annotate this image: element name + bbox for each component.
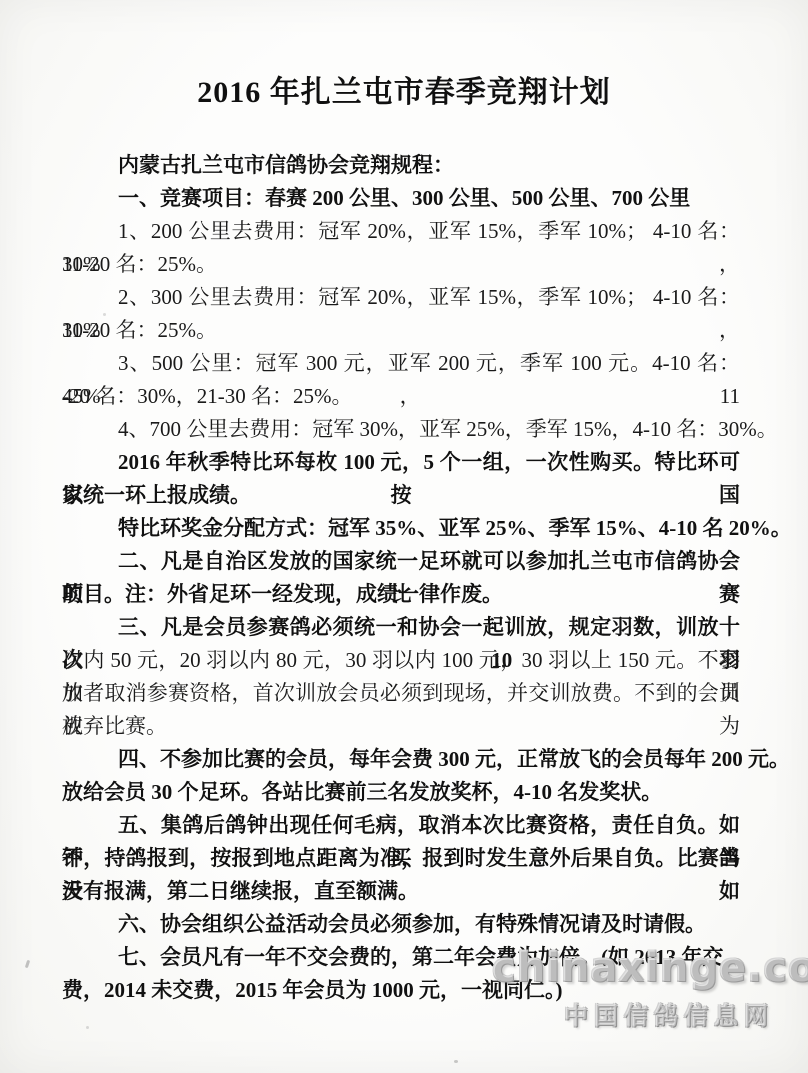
- text-line: 放给会员 30 个足环。各站比赛前三名发放奖杯，4-10 名发奖状。: [62, 776, 740, 809]
- text-line: 四、不参加比赛的会员，每年会费 300 元，正常放飞的会员每年 200 元。: [62, 743, 740, 776]
- text-line: 钟，持鸽报到，按报到地点距离为准，报到时发生意外后果自负。比赛当天如: [62, 842, 740, 875]
- text-line: 五、集鸽后鸽钟出现任何毛病，取消本次比赛资格，责任自负。如不买鸽: [62, 809, 740, 842]
- scan-speck: [25, 960, 30, 969]
- text-line: 放者取消参赛资格，首次训放会员必须到现场，并交训放费。不到的会员视为: [62, 677, 740, 710]
- scan-speck: [454, 1060, 458, 1063]
- document-title: 2016 年扎兰屯市春季竞翔计划: [0, 67, 808, 111]
- text-line: 二、凡是自治区发放的国家统一足环就可以参加扎兰屯市信鸽协会的比赛: [62, 545, 740, 578]
- text-line: 以内 50 元，20 羽以内 80 元，30 羽以内 100 元，30 羽以上 …: [62, 644, 740, 677]
- text-line: 1、200 公里去费用：冠军 20%，亚军 15%，季军 10%； 4-10 名…: [62, 215, 740, 248]
- text-line: 特比环奖金分配方式：冠军 35%、亚军 25%、季军 15%、4-10 名 20…: [62, 512, 740, 545]
- text-line: 六、协会组织公益活动会员必须参加，有特殊情况请及时请假。: [62, 908, 740, 941]
- text-line: 3、500 公里：冠军 300 元，亚军 200 元，季军 100 元。4-10…: [62, 347, 740, 380]
- text-line: 4、700 公里去费用：冠军 30%，亚军 25%，季军 15%，4-10 名：…: [62, 413, 740, 446]
- text-line: 七、会员凡有一年不交会费的，第二年会费为加倍。(如 2013 年交: [62, 941, 740, 974]
- text-line: 三、凡是会员参赛鸽必须统一和协会一起训放，规定羽数，训放十次 10 羽: [62, 611, 740, 644]
- text-line: 一、竞赛项目：春赛 200 公里、300 公里、500 公里、700 公里: [62, 182, 740, 215]
- text-line: 内蒙古扎兰屯市信鸽协会竞翔规程：: [62, 149, 740, 182]
- text-line: 2、300 公里去费用：冠军 20%，亚军 15%，季军 10%； 4-10 名…: [62, 281, 740, 314]
- scan-speck: [103, 313, 106, 316]
- scan-speck: [86, 1026, 89, 1029]
- text-line: 费，2014 未交费，2015 年会员为 1000 元，一视同仁。): [62, 974, 740, 1007]
- text-line: 2016 年秋季特比环每枚 100 元，5 个一组，一次性购买。特比环可以按国: [62, 446, 740, 479]
- scanned-document-page: 2016 年扎兰屯市春季竞翔计划 内蒙古扎兰屯市信鸽协会竞翔规程：一、竞赛项目：…: [0, 0, 808, 1073]
- document-body: 内蒙古扎兰屯市信鸽协会竞翔规程：一、竞赛项目：春赛 200 公里、300 公里、…: [62, 149, 740, 1007]
